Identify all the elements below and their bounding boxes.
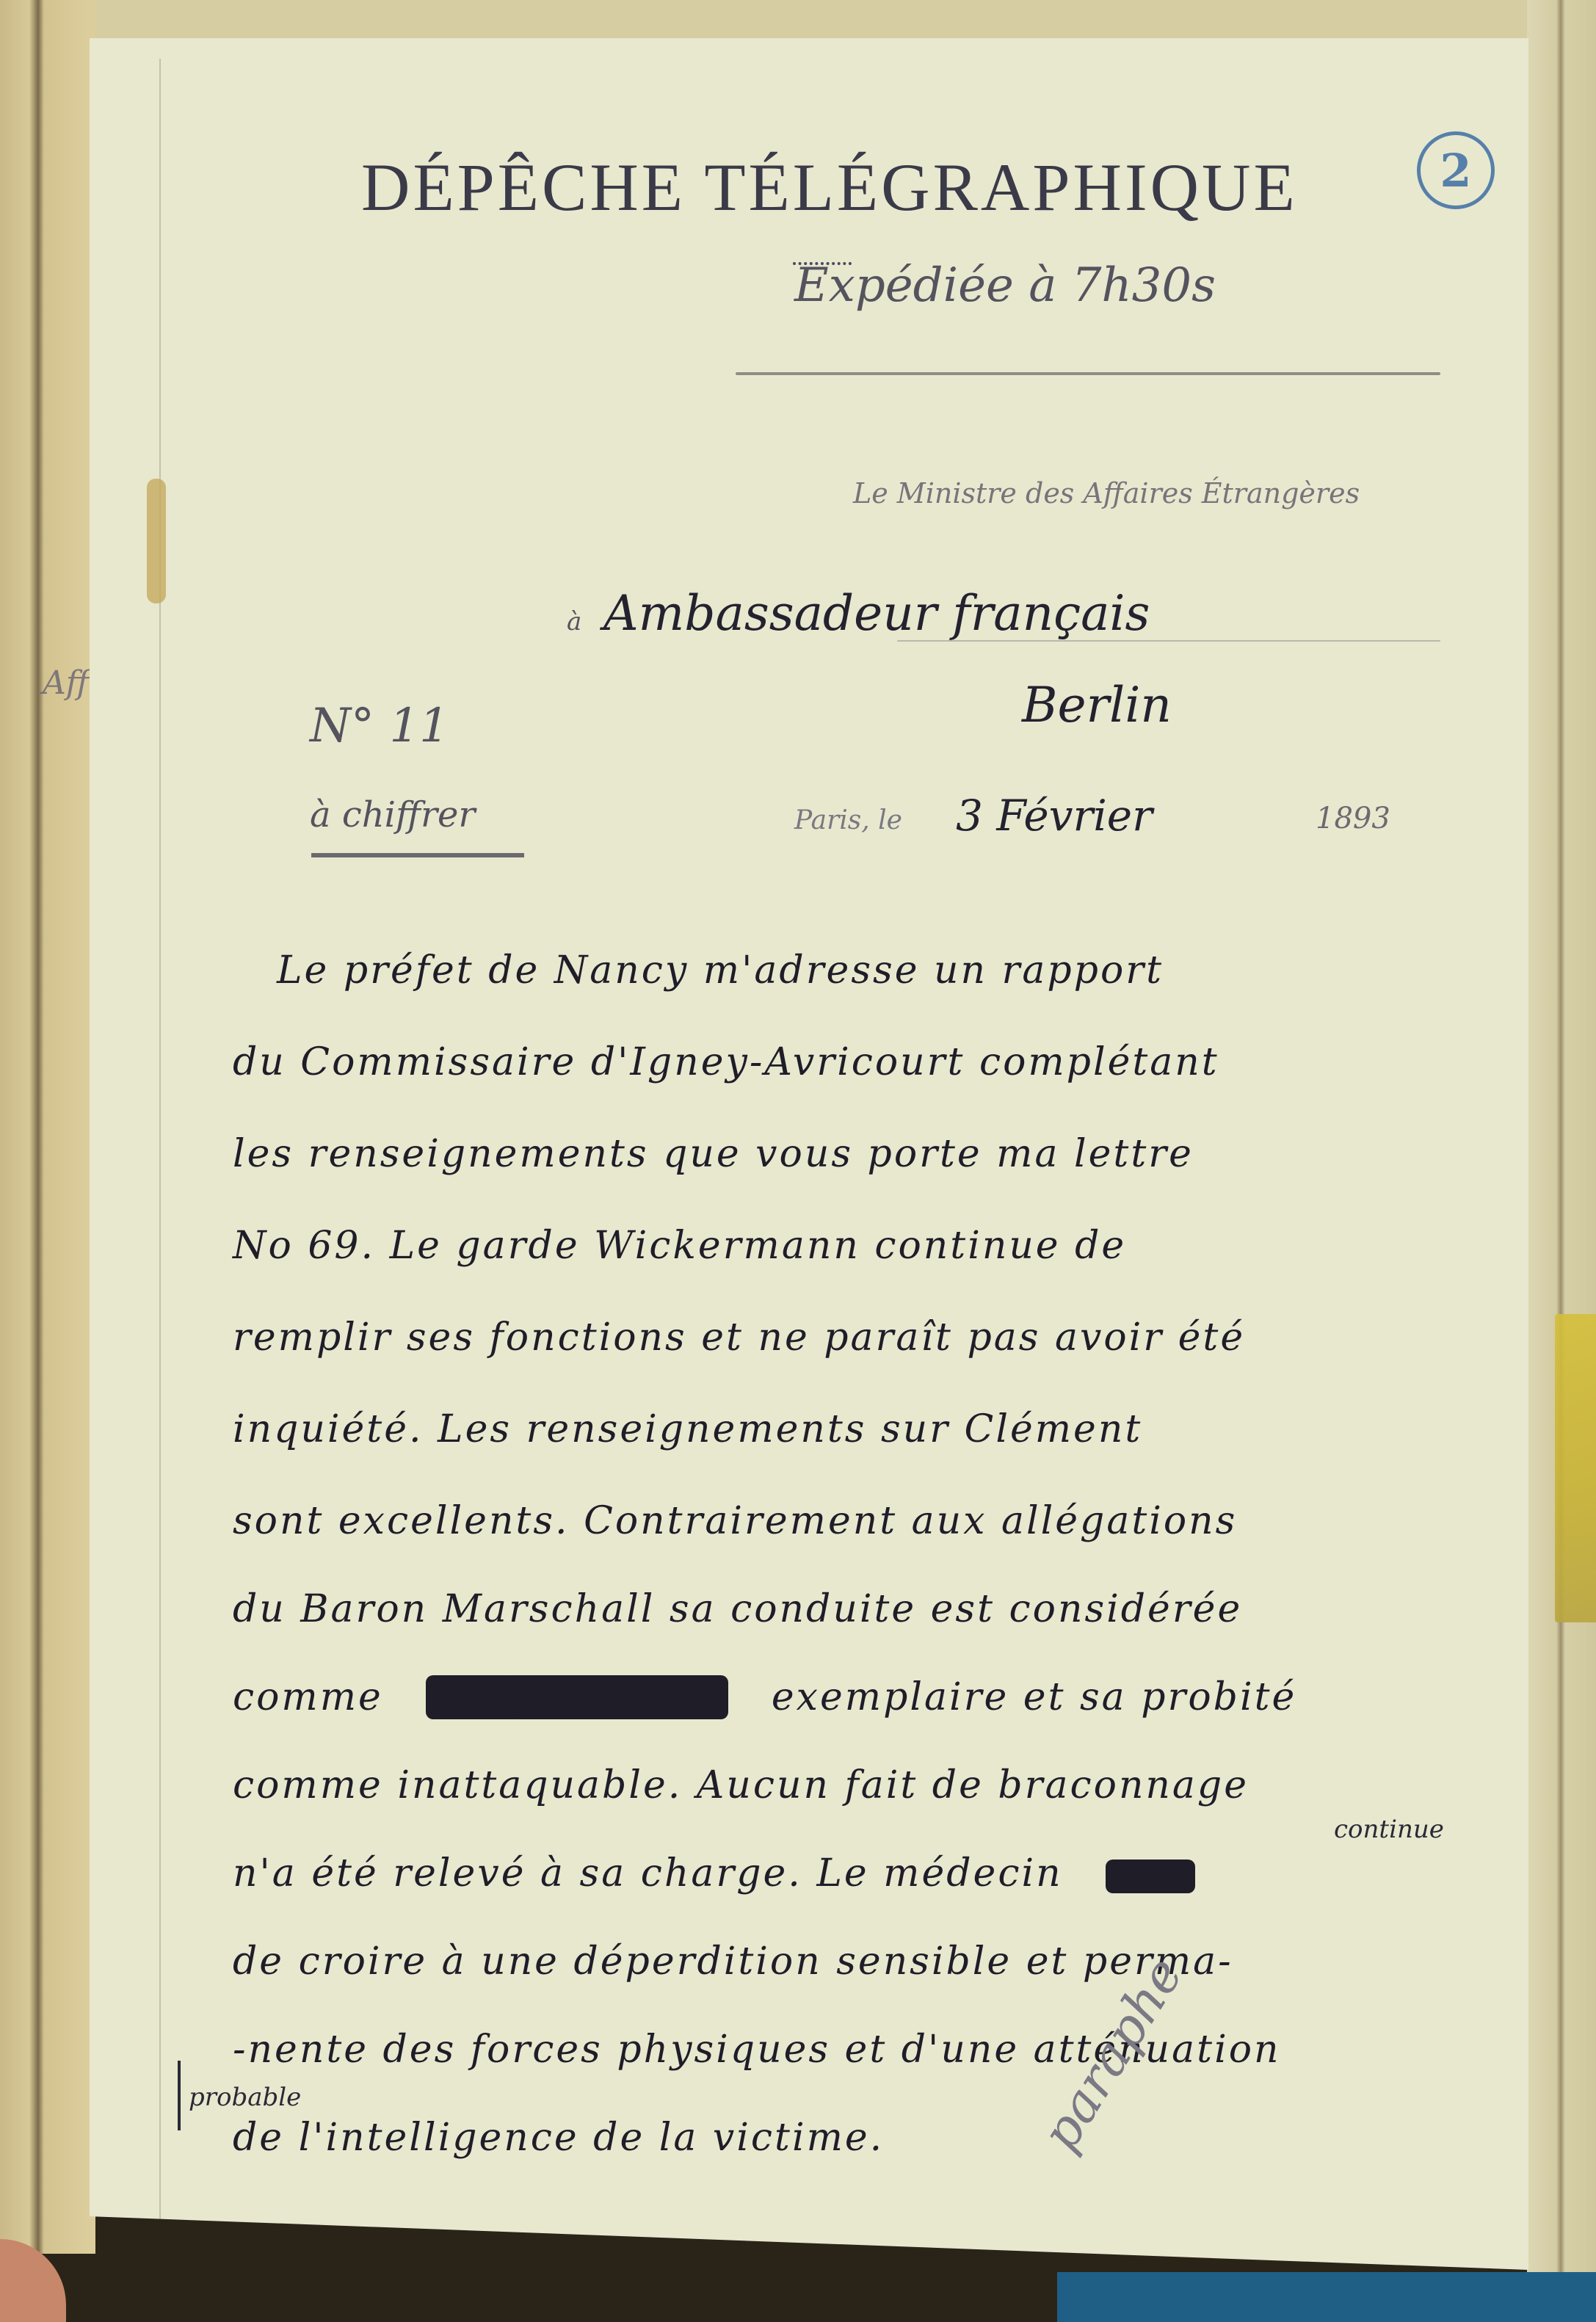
body-line: de l'intelligence de la victime. [233,2116,884,2160]
backing-sheet-right [1527,0,1596,2290]
blue-object-edge [1057,2272,1596,2322]
cipher-underline [311,853,524,857]
dispatch-note: Expédiée à 7h30s [794,258,1216,313]
body-line: remplir ses fonctions et ne paraît pas a… [233,1316,1245,1360]
dispatch-rule [736,372,1440,375]
left-margin-fragment: Aff [43,664,89,702]
body-line-end: exemplaire et sa probité [772,1675,1296,1719]
address-city: Berlin [1022,677,1172,733]
dateline-year: 1893 [1316,802,1390,835]
archive-stamp-icon: 2 [1417,131,1495,209]
struck-word: irréprochable [426,1675,728,1719]
fold-line [159,59,161,2254]
body-line: n'a été relevé à sa charge. Le médecin c… [233,1851,1195,1895]
margin-bracket [178,2061,181,2130]
body-line: du Commissaire d'Igney-Avricourt complét… [233,1040,1219,1084]
body-line: sont excellents. Contrairement aux allég… [233,1499,1237,1543]
body-line: les renseignements que vous porte ma let… [233,1132,1194,1176]
paper-stain [147,479,166,603]
body-line: comme inattaquable. Aucun fait de bracon… [233,1763,1249,1807]
struck-word: croit [1106,1860,1194,1893]
reference-number: N° 11 [310,699,449,753]
body-line-text: n'a été relevé à sa charge. Le médecin [233,1851,1063,1895]
interlinear-insert: continue [1334,1815,1444,1844]
body-line: du Baron Marschall sa conduite est consi… [233,1587,1242,1631]
backing-sheet-left [0,0,95,2254]
dateline-day-month: 3 Février [956,791,1153,841]
address-rule [897,640,1440,642]
body-line: inquiété. Les renseignements sur Clément [233,1407,1142,1451]
printed-title: DÉPÊCHE TÉLÉGRAPHIQUE [361,148,1389,226]
body-line: Le préfet de Nancy m'adresse un rapport [277,948,1164,993]
address-recipient: Ambassadeur français [603,585,1150,642]
body-line: comme irréprochable exemplaire et sa pro… [233,1675,1296,1719]
yellow-sticky-tab [1555,1314,1596,1622]
address-prefix: à [567,607,581,636]
body-line: de croire à une déperdition sensible et … [233,1940,1233,1984]
stamp-mark: 2 [1440,144,1471,197]
cipher-instruction: à chiffrer [310,794,475,835]
body-line-start: comme [233,1675,383,1719]
dateline-printed-prefix: Paris, le [794,805,902,835]
interlinear-insert: probable [189,2083,301,2112]
body-line: No 69. Le garde Wickermann continue de [233,1224,1126,1268]
printed-sender: Le Ministre des Affaires Étrangères [853,477,1360,509]
telegram-sheet: DÉPÊCHE TÉLÉGRAPHIQUE 2 Expédiée à 7h30s… [90,38,1528,2270]
